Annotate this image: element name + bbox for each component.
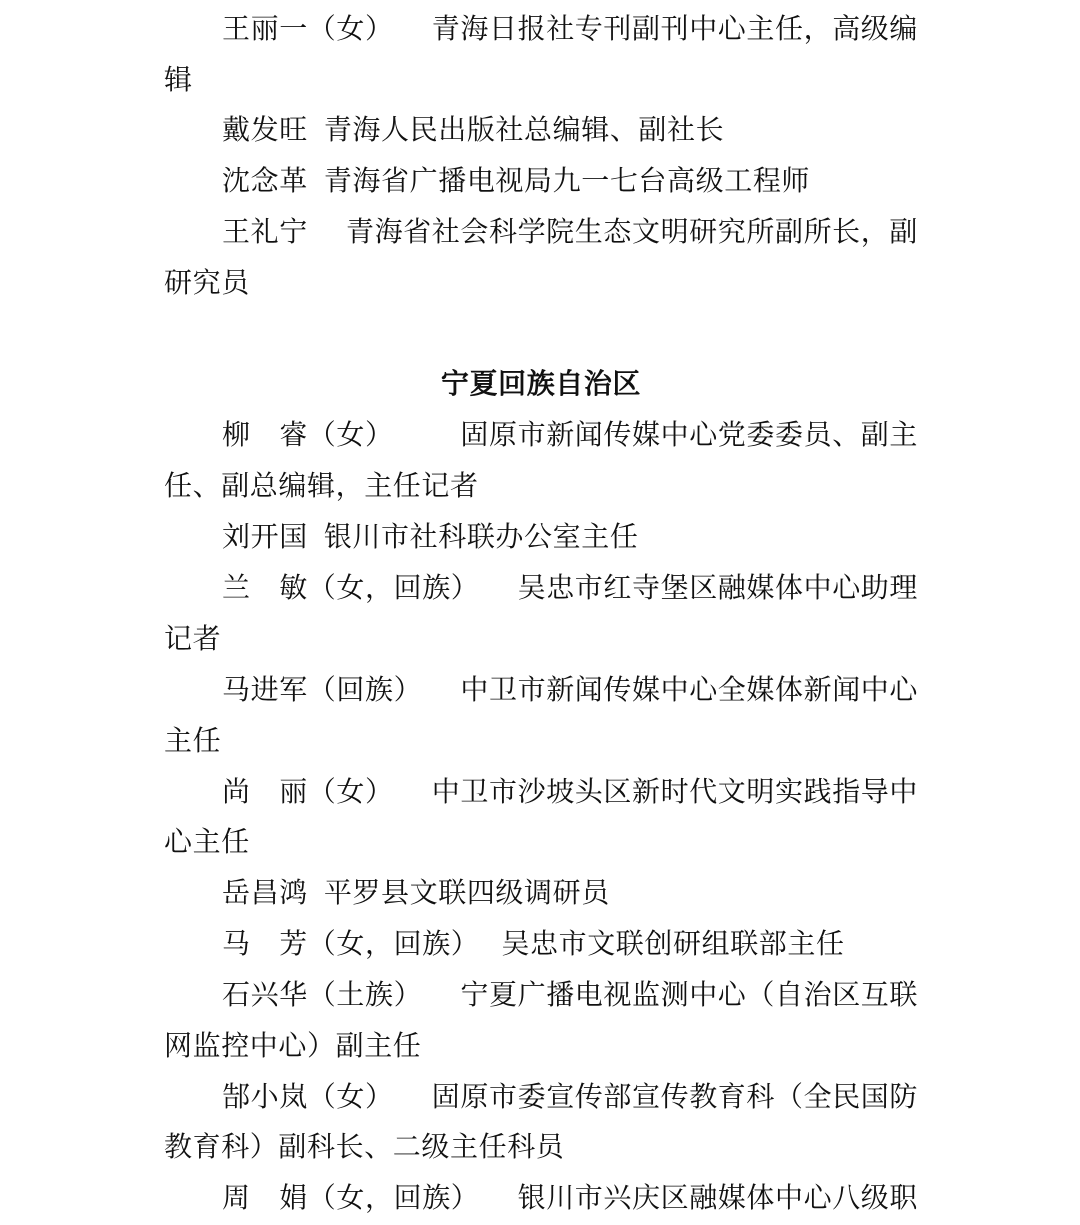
person-title: 吴忠市红寺堡区融媒体中心助理 [518,562,918,613]
entry-line: 周 娟（女，回族） 银川市兴庆区融媒体中心八级职 [164,1172,918,1223]
person-name: 马 芳（女，回族） [222,927,479,960]
entry-line: 尚 丽（女） 中卫市沙坡头区新时代文明实践指导中 [164,766,918,817]
person-name: 柳 睿（女） [222,409,394,460]
person-name: 刘开国 [222,520,308,553]
person-name: 王丽一（女） [222,3,394,54]
person-title: 银川市社科联办公室主任 [324,520,639,553]
entry-line: 刘开国银川市社科联办公室主任 [164,511,918,562]
person-title: 银川市兴庆区融媒体中心八级职 [518,1172,918,1223]
person-title: 中卫市新闻传媒中心全媒体新闻中心 [460,664,918,715]
entry-continuation: 网监控中心）副主任 [164,1020,918,1071]
person-name: 郜小岚（女） [222,1071,394,1122]
person-title: 宁夏广播电视监测中心（自治区互联 [460,969,918,1020]
person-name: 周 娟（女，回族） [222,1172,479,1223]
entry-line: 柳 睿（女） 固原市新闻传媒中心党委委员、副主 [164,409,918,460]
entry-continuation: 任、副总编辑，主任记者 [164,460,918,511]
person-name: 石兴华（土族） [222,969,422,1020]
entry-line: 王丽一（女） 青海日报社专刊副刊中心主任，高级编 [164,3,918,54]
person-title: 青海日报社专刊副刊中心主任，高级编 [432,3,918,54]
person-name: 岳昌鸿 [222,876,308,909]
person-title: 青海人民出版社总编辑、副社长 [324,113,724,146]
entry-continuation: 研究员 [164,257,918,308]
entry-line: 兰 敏（女，回族） 吴忠市红寺堡区融媒体中心助理 [164,562,918,613]
person-name: 戴发旺 [222,113,308,146]
entry-line: 马进军（回族） 中卫市新闻传媒中心全媒体新闻中心 [164,664,918,715]
person-name: 王礼宁 [222,206,308,257]
entry-continuation: 主任 [164,715,918,766]
person-title: 中卫市沙坡头区新时代文明实践指导中 [432,766,918,817]
person-name: 兰 敏（女，回族） [222,562,479,613]
person-title: 吴忠市文联创研组联部主任 [501,927,844,960]
entry-continuation: 辑 [164,54,918,105]
person-name: 马进军（回族） [222,664,422,715]
entry-continuation: 教育科）副科长、二级主任科员 [164,1121,918,1172]
entry-line: 戴发旺青海人民出版社总编辑、副社长 [164,104,918,155]
entry-continuation: 记者 [164,613,918,664]
section-heading: 宁夏回族自治区 [164,358,918,409]
person-title: 青海省社会科学院生态文明研究所副所长，副 [346,206,918,257]
entry-line: 郜小岚（女） 固原市委宣传部宣传教育科（全民国防 [164,1071,918,1122]
person-title: 青海省广播电视局九一七台高级工程师 [324,164,810,197]
person-title: 固原市新闻传媒中心党委委员、副主 [460,409,918,460]
entry-line: 马 芳（女，回族）吴忠市文联创研组联部主任 [164,918,918,969]
entry-continuation: 心主任 [164,816,918,867]
entry-line: 石兴华（土族） 宁夏广播电视监测中心（自治区互联 [164,969,918,1020]
person-name: 沈念革 [222,164,308,197]
entry-line: 沈念革青海省广播电视局九一七台高级工程师 [164,155,918,206]
entry-line: 岳昌鸿平罗县文联四级调研员 [164,867,918,918]
person-title: 固原市委宣传部宣传教育科（全民国防 [432,1071,918,1122]
entry-line: 王礼宁 青海省社会科学院生态文明研究所副所长，副 [164,206,918,257]
person-name: 尚 丽（女） [222,766,394,817]
person-title: 平罗县文联四级调研员 [324,876,610,909]
